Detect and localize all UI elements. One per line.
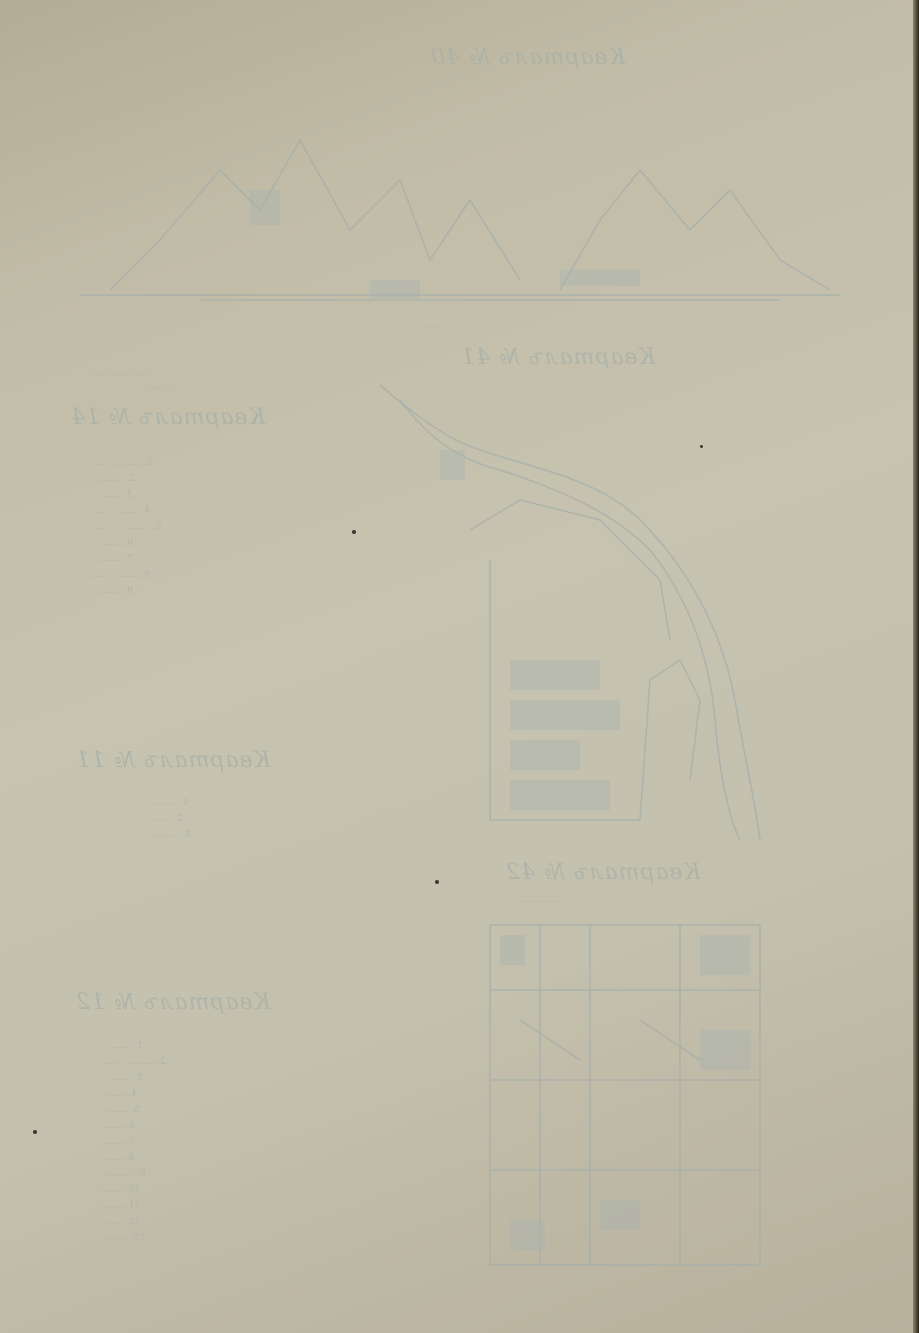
ink-speck [435, 880, 439, 884]
caption-left-b: Кварталъ № 11 [75, 748, 270, 773]
caption-left-a: Кварталъ № 14 [70, 405, 265, 430]
left-header-note: ...... ......... ....... [90, 368, 151, 377]
left-header-note-2: ......... [150, 382, 173, 391]
caption-left-c: Кварталъ № 12 [75, 990, 270, 1015]
list-left-b: 1. ......... . . 2. ....... . . 3. .....… [140, 795, 290, 843]
ink-speck [33, 1130, 37, 1134]
ink-speck [700, 445, 703, 448]
ink-speck [352, 530, 356, 534]
list-left-c: 1. ....... . . 2. ......... . . ..... 3.… [100, 1038, 290, 1246]
list-left-a: 1. .......... . ..... 2. ........ . . 3.… [90, 455, 290, 599]
